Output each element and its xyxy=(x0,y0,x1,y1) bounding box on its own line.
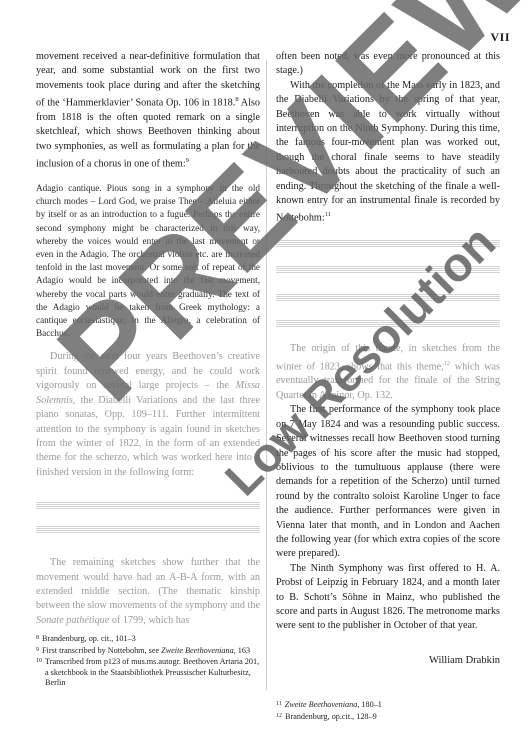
footnote: 11Zweite Beethoveniana, 180–1 xyxy=(276,699,500,711)
footnote: 8Brandenburg, op. cit., 101–3 xyxy=(36,633,260,645)
paragraph: movement received a near-definitive form… xyxy=(36,50,260,172)
paragraph: The Ninth Symphony was first offered to … xyxy=(276,562,500,634)
paragraph: With the completion of the Mass early in… xyxy=(276,79,500,226)
paragraph: The origin of this theme, in sketches fr… xyxy=(276,342,500,403)
music-example xyxy=(36,488,260,548)
footnote-mark: 8 xyxy=(36,635,39,641)
footnote-text: , 163 xyxy=(234,646,250,655)
text: , the Diabelli Variations and the last t… xyxy=(36,395,260,478)
left-column: movement received a near-definitive form… xyxy=(36,50,260,628)
footnote-text: Brandenburg, op. cit., 101–3 xyxy=(42,634,136,643)
footnote-mark: 11 xyxy=(276,701,282,707)
italic-title: Sonate pathétique xyxy=(36,615,109,626)
footnote-ref[interactable]: 9 xyxy=(186,157,189,164)
paragraph: The remaining sketches show further that… xyxy=(36,556,260,628)
music-staff xyxy=(276,240,500,248)
italic-title: Zweite Beethoveniana xyxy=(161,646,234,655)
footnote-text: Transcribed from p123 of mus.ms.autogr. … xyxy=(45,657,259,687)
footnote-mark: 12 xyxy=(276,713,282,719)
paragraph: The first performance of the symphony to… xyxy=(276,403,500,561)
author-signature: William Drabkin xyxy=(276,654,500,668)
right-column: often been noted, was even more pronounc… xyxy=(276,50,500,668)
footnote-ref[interactable]: 11 xyxy=(325,211,331,218)
paragraph: During the next four years Beethoven’s c… xyxy=(36,350,260,480)
music-staff xyxy=(36,526,260,534)
footnotes-left: 8Brandenburg, op. cit., 101–3 9First tra… xyxy=(36,633,260,689)
footnote: 9First transcribed by Nottebohm, see Zwe… xyxy=(36,645,260,657)
text: During the next four years Beethoven’s c… xyxy=(36,351,260,391)
text: With the completion of the Mass early in… xyxy=(276,80,500,224)
footnote-text: , 180–1 xyxy=(357,700,382,709)
footnote-mark: 10 xyxy=(36,658,42,664)
music-staff xyxy=(276,320,500,328)
page-number: VII xyxy=(490,30,510,45)
footnote-mark: 9 xyxy=(36,647,39,653)
text: The remaining sketches show further that… xyxy=(36,557,260,611)
column-divider xyxy=(266,60,267,690)
footnote-text: Brandenburg, op.cit., 128–9 xyxy=(285,712,377,721)
music-staff xyxy=(276,294,500,302)
footnote: 10Transcribed from p123 of mus.ms.autogr… xyxy=(36,656,260,689)
footnotes-right: 11Zweite Beethoveniana, 180–1 12Brandenb… xyxy=(276,699,500,722)
footnote-text: First transcribed by Nottebohm, see xyxy=(42,646,161,655)
quote-block: Adagio cantique. Pious song in a symphon… xyxy=(36,182,260,340)
text: of 1799, which has xyxy=(109,615,189,626)
music-staff xyxy=(276,266,500,274)
footnote: 12Brandenburg, op.cit., 128–9 xyxy=(276,711,500,723)
text: movement received a near-definitive form… xyxy=(36,51,260,109)
music-example xyxy=(276,234,500,334)
paragraph: often been noted, was even more pronounc… xyxy=(276,50,500,79)
music-staff xyxy=(36,502,260,510)
italic-title: Zweite Beethoveniana xyxy=(285,700,358,709)
